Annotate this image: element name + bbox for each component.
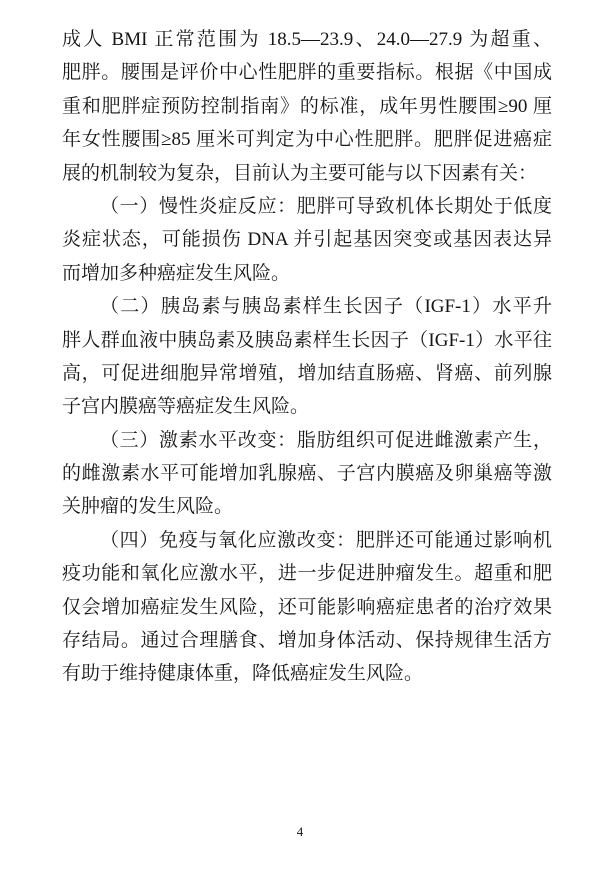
text-line: 成人 BMI 正常范围为 18.5—23.9、24.0—27.9 为超重、≥28… [62,23,552,56]
text-line: 重和肥胖症预防控制指南》的标准，成年男性腰围≥90 厘米和成 [62,90,552,123]
text-line: （一）慢性炎症反应：肥胖可导致机体长期处于低度慢性 [62,190,552,223]
text-line: 仅会增加癌症发生风险，还可能影响癌症患者的治疗效果和生 [62,591,552,624]
text-line: 胖人群血液中胰岛素及胰岛素样生长因子（IGF-1）水平往往升 [62,324,552,357]
text-line: 关肿瘤的发生风险。 [62,490,552,523]
text-line: （二）胰岛素与胰岛素样生长因子（IGF-1）水平升高：肥 [62,290,552,323]
text-line: 炎症状态，可能损伤 DNA 并引起基因突变或基因表达异常，从 [62,223,552,256]
text-line: 存结局。通过合理膳食、增加身体活动、保持规律生活方式， [62,624,552,657]
text-line: （三）激素水平改变：脂肪组织可促进雌激素产生，过高 [62,424,552,457]
text-line: 而增加多种癌症发生风险。 [62,257,552,290]
page-number: 4 [0,824,600,840]
document-page: 成人 BMI 正常范围为 18.5—23.9、24.0—27.9 为超重、≥28… [0,0,600,870]
text-line: 子宫内膜癌等癌症发生风险。 [62,390,552,423]
text-line: 年女性腰围≥85 厘米可判定为中心性肥胖。肥胖促进癌症发生发 [62,123,552,156]
text-line: 高，可促进细胞异常增殖，增加结直肠癌、肾癌、前列腺癌和 [62,357,552,390]
document-body: 成人 BMI 正常范围为 18.5—23.9、24.0—27.9 为超重、≥28… [62,23,552,691]
text-line: 肥胖。腰围是评价中心性肥胖的重要指标。根据《中国成人超 [62,56,552,89]
text-line: 有助于维持健康体重，降低癌症发生风险。 [62,657,552,690]
text-line: 的雌激素水平可能增加乳腺癌、子宫内膜癌及卵巢癌等激素相 [62,457,552,490]
text-line: （四）免疫与氧化应激改变：肥胖还可能通过影响机体免 [62,524,552,557]
text-line: 疫功能和氧化应激水平，进一步促进肿瘤发生。超重和肥胖不 [62,557,552,590]
text-line: 展的机制较为复杂，目前认为主要可能与以下因素有关： [62,157,552,190]
